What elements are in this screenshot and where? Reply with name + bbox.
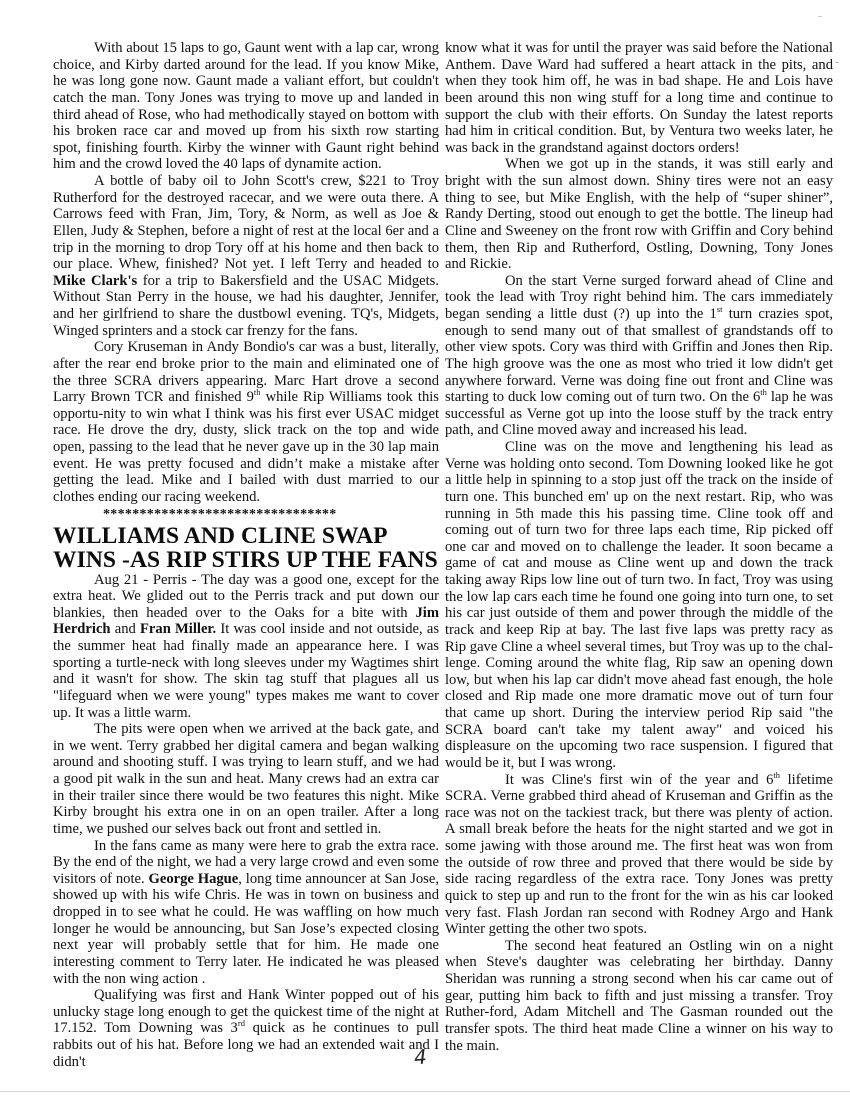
- paragraph-after-race: A bottle of baby oil to John Scott's cre…: [53, 173, 439, 339]
- paragraph-text: Cline was on the move and lengthening hi…: [445, 439, 833, 771]
- paragraph-race-finish: With about 15 laps to go, Gaunt went wit…: [53, 40, 439, 173]
- paragraph-text: It was Cline's first win of the year and…: [505, 772, 773, 788]
- bold-name: Mike Clark's: [53, 273, 137, 289]
- paragraph-second-heat: The second heat featured an Ostling win …: [445, 938, 833, 1054]
- paragraph-text: , long time announcer at San Jose, showe…: [53, 871, 439, 987]
- paragraph-text: When we got up in the stands, it was sti…: [445, 156, 833, 272]
- paragraph-perris-intro: Aug 21 - Perris - The day was a good one…: [53, 572, 439, 722]
- bold-name: Fran Miller.: [140, 621, 216, 637]
- scan-corner-mark: [818, 16, 822, 17]
- ordinal-suffix: th: [254, 387, 261, 397]
- left-column: With about 15 laps to go, Gaunt went wit…: [53, 40, 439, 1070]
- paragraph-cline-lead: Cline was on the move and lengthening hi…: [445, 439, 833, 772]
- bold-name: George Hague: [149, 871, 239, 887]
- paragraph-text: A bottle of baby oil to John Scott's cre…: [53, 173, 439, 272]
- paragraph-text: know what it was for until the prayer wa…: [445, 40, 833, 156]
- scan-edge-mark: [835, 62, 839, 63]
- paragraph-text: while Rip Williams took this opportu-nit…: [53, 389, 439, 505]
- paragraph-lineup: When we got up in the stands, it was sti…: [445, 156, 833, 272]
- ordinal-suffix: rd: [238, 1018, 245, 1028]
- paragraph-dave-ward: know what it was for until the prayer wa…: [445, 40, 833, 156]
- page-number: 4: [413, 1045, 427, 1070]
- right-column: know what it was for until the prayer wa…: [445, 40, 833, 1054]
- ordinal-suffix: th: [760, 387, 767, 397]
- article-headline: WILLIAMS AND CLINE SWAP WINS -AS RIP STI…: [53, 524, 439, 572]
- paragraph-usac-midgets: Cory Kruseman in Andy Bondio's car was a…: [53, 339, 439, 505]
- paragraph-qualifying: Qualifying was first and Hank Winter pop…: [53, 987, 439, 1070]
- paragraph-text: Aug 21 - Perris - The day was a good one…: [53, 572, 439, 621]
- paragraph-text: With about 15 laps to go, Gaunt went wit…: [53, 40, 439, 172]
- paragraph-text: and: [111, 621, 140, 637]
- paragraph-text: The second heat featured an Ostling win …: [445, 938, 833, 1054]
- paragraph-pits: The pits were open when we arrived at th…: [53, 721, 439, 837]
- section-separator: ********************************: [53, 508, 439, 522]
- paragraph-start: On the start Verne surged forward ahead …: [445, 273, 833, 439]
- newsletter-page: With about 15 laps to go, Gaunt went wit…: [0, 0, 850, 1100]
- page-bottom-edge: [0, 1091, 850, 1092]
- paragraph-cline-win: It was Cline's first win of the year and…: [445, 772, 833, 938]
- paragraph-text: The pits were open when we arrived at th…: [53, 721, 439, 837]
- paragraph-fans: In the fans came as many were here to gr…: [53, 838, 439, 988]
- paragraph-text: lifetime SCRA. Verne grabbed third ahead…: [445, 772, 833, 938]
